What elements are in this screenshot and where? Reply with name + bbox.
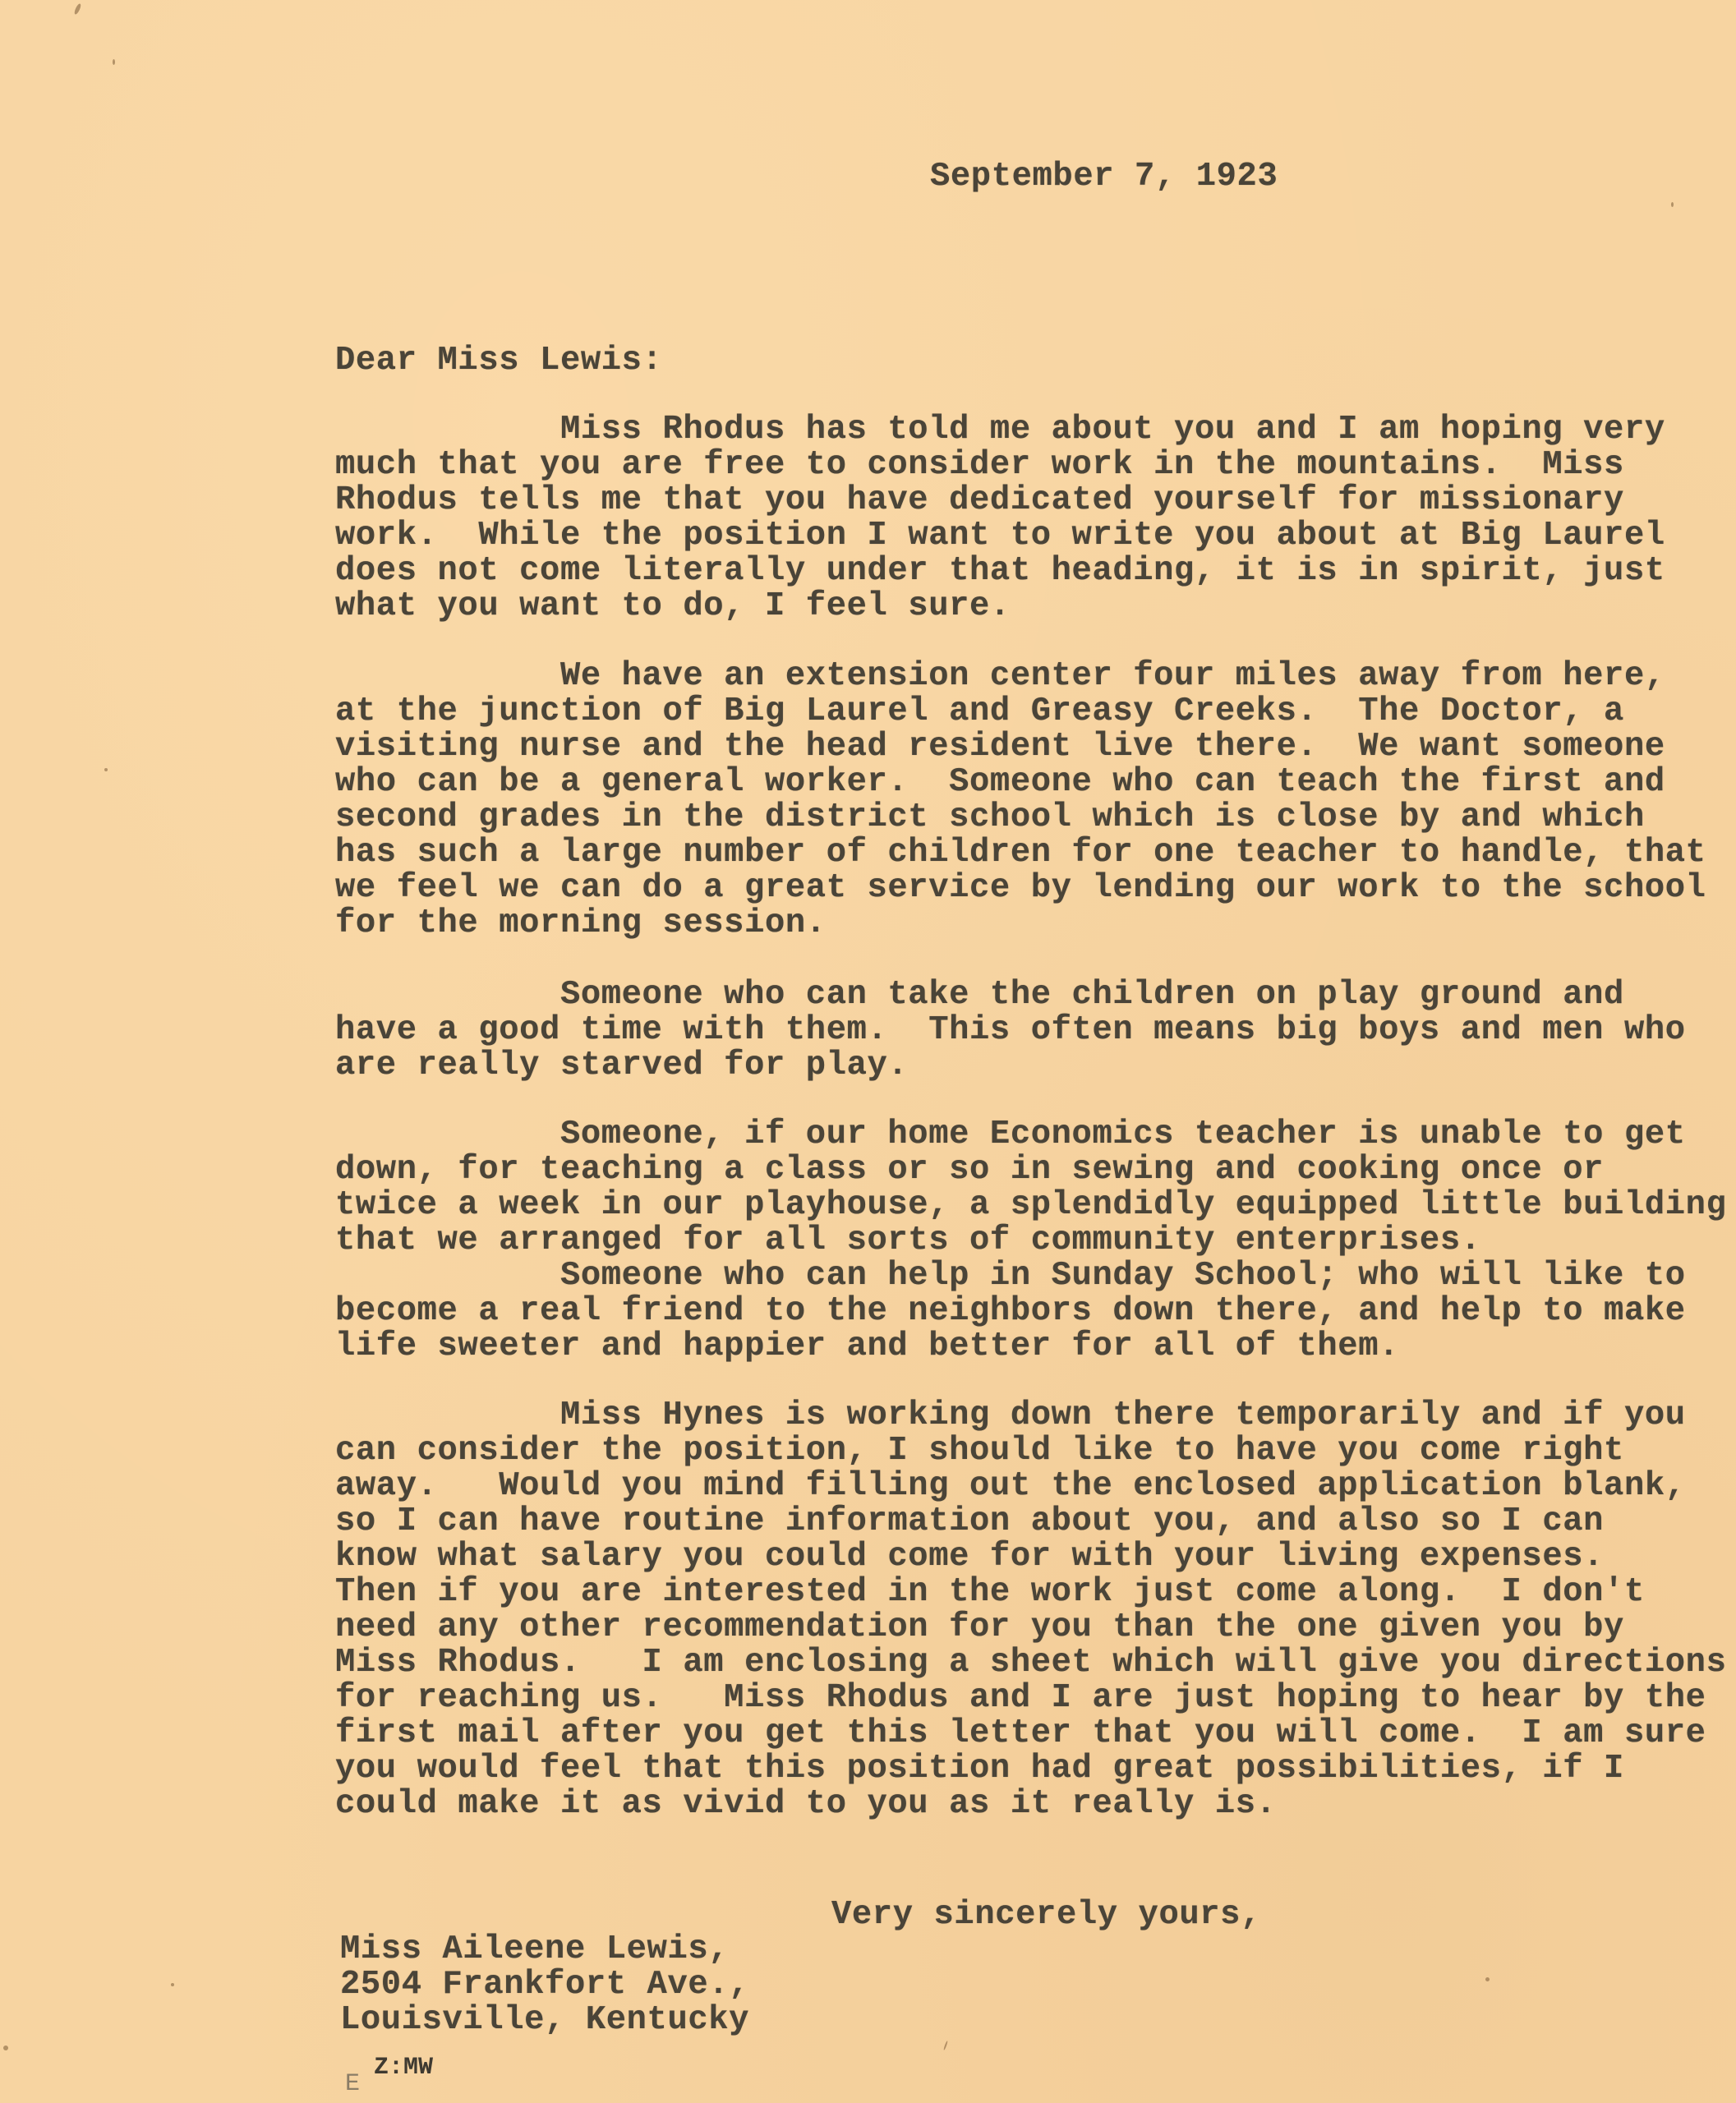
recipient-city: Louisville, Kentucky	[340, 2003, 749, 2038]
body-line: life sweeter and happier and better for …	[335, 1329, 1399, 1364]
recipient-street: 2504 Frankfort Ave.,	[340, 1967, 749, 2003]
paper-speck	[1485, 1977, 1490, 1981]
closing: Very sincerely yours,	[831, 1896, 1261, 1934]
body-line: has such a large number of children for …	[335, 835, 1706, 871]
body-line: need any other recommendation for you th…	[335, 1610, 1624, 1645]
letter-date: September 7, 1923	[930, 158, 1278, 196]
body-line: could make it as vivid to you as it real…	[335, 1787, 1277, 1822]
body-line: for the morning session.	[335, 906, 827, 941]
body-line: are really starved for play.	[335, 1048, 908, 1084]
body-line: for reaching us. Miss Rhodus and I are j…	[335, 1681, 1706, 1716]
paper-speck	[3, 2045, 8, 2050]
body-line: work. While the position I want to write…	[335, 518, 1665, 554]
body-line: Then if you are interested in the work j…	[335, 1575, 1645, 1610]
paper-speck	[171, 1983, 174, 1986]
body-line: have a good time with them. This often m…	[335, 1013, 1686, 1048]
recipient-name: Miss Aileene Lewis,	[340, 1932, 729, 1967]
body-line: know what salary you could come for with…	[335, 1539, 1604, 1575]
paper-speck	[104, 768, 108, 771]
body-line: Someone, if our home Economics teacher i…	[335, 1117, 1686, 1153]
body-line: Someone who can help in Sunday School; w…	[335, 1259, 1686, 1294]
body-line: become a real friend to the neighbors do…	[335, 1294, 1686, 1329]
body-line: Miss Rhodus has told me about you and I …	[335, 412, 1665, 448]
paper-speck	[113, 59, 115, 65]
body-line: Someone who can take the children on pla…	[335, 978, 1624, 1013]
body-line: so I can have routine information about …	[335, 1504, 1604, 1539]
body-line: you would feel that this position had gr…	[335, 1751, 1624, 1787]
reference-initials: Z:MW	[374, 2054, 433, 2082]
body-line: away. Would you mind filling out the enc…	[335, 1469, 1686, 1504]
body-line: who can be a general worker. Someone who…	[335, 765, 1665, 800]
body-line: we feel we can do a great service by len…	[335, 871, 1706, 906]
body-line: Miss Hynes is working down there tempora…	[335, 1398, 1686, 1433]
body-line: at the junction of Big Laurel and Greasy…	[335, 694, 1624, 729]
body-line: first mail after you get this letter tha…	[335, 1716, 1706, 1751]
body-line: much that you are free to consider work …	[335, 448, 1624, 483]
body-line: can consider the position, I should like…	[335, 1433, 1624, 1469]
paper-speck	[1671, 202, 1674, 207]
body-line: what you want to do, I feel sure.	[335, 589, 1011, 624]
reference-mark: E	[345, 2070, 360, 2098]
paper-speck	[943, 2041, 948, 2050]
body-line: visiting nurse and the head resident liv…	[335, 729, 1665, 765]
body-line: twice a week in our playhouse, a splendi…	[335, 1188, 1726, 1223]
body-line: does not come literally under that headi…	[335, 554, 1665, 589]
salutation: Dear Miss Lewis:	[335, 343, 662, 379]
body-line: We have an extension center four miles a…	[335, 659, 1665, 694]
body-line: Miss Rhodus. I am enclosing a sheet whic…	[335, 1645, 1726, 1681]
body-line: down, for teaching a class or so in sewi…	[335, 1153, 1604, 1188]
body-line: Rhodus tells me that you have dedicated …	[335, 483, 1624, 518]
body-line: that we arranged for all sorts of commun…	[335, 1223, 1481, 1259]
body-line: second grades in the district school whi…	[335, 800, 1645, 835]
paper-speck	[73, 3, 81, 16]
